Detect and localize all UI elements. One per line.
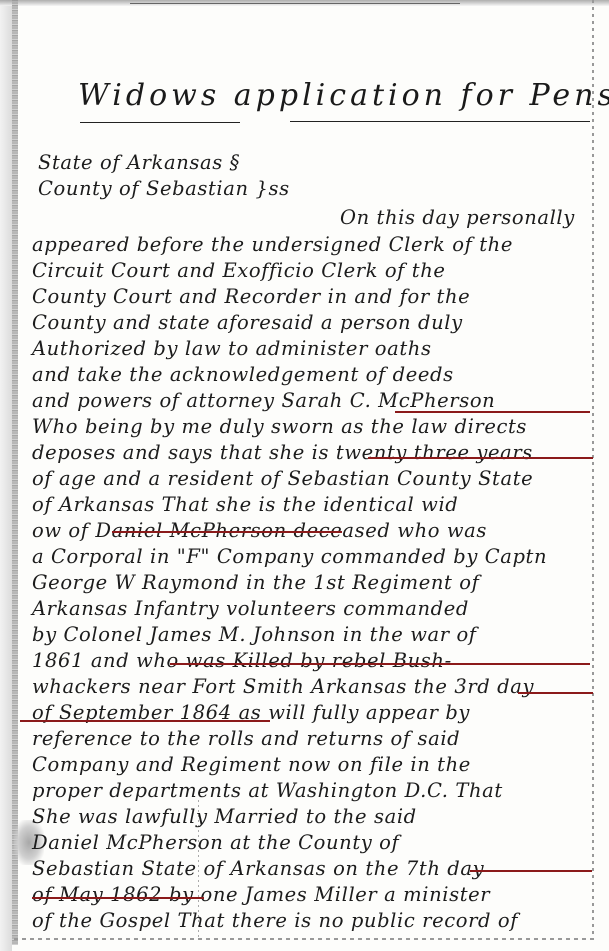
body-line: of May 1862 by one James Miller a minist… <box>32 882 592 908</box>
header-county: County of Sebastian }ss <box>38 176 598 202</box>
page-bottom-edge <box>14 938 594 940</box>
highlight-underline-deceased-name <box>112 531 342 533</box>
highlight-underline-marriage-date <box>32 897 204 899</box>
document-page: Widows application for Pension State of … <box>0 0 609 951</box>
body-line: Who being by me duly sworn as the law di… <box>32 414 592 440</box>
body-line: of Arkansas That she is the identical wi… <box>32 492 592 518</box>
body-line: On this day personally <box>340 205 590 231</box>
body-line: a Corporal in "F" Company commanded by C… <box>32 544 592 570</box>
body-line: 1861 and who was Killed by rebel Bush- <box>32 648 592 674</box>
body-line: of age and a resident of Sebastian Count… <box>32 466 592 492</box>
body-line: of the Gospel That there is no public re… <box>32 908 592 934</box>
scan-edge-shadow <box>0 0 12 951</box>
highlight-underline-death-day <box>518 692 593 694</box>
highlight-underline-cause-of-death <box>170 663 590 665</box>
body-line: Sebastian State of Arkansas on the 7th d… <box>32 856 592 882</box>
page-right-edge <box>592 0 594 940</box>
highlight-underline-widow-name <box>395 411 590 413</box>
body-line: She was lawfully Married to the said <box>32 804 592 830</box>
body-line: of September 1864 as will fully appear b… <box>32 700 592 726</box>
body-line: reference to the rolls and returns of sa… <box>32 726 592 752</box>
body-line: Authorized by law to administer oaths <box>32 336 592 362</box>
highlight-underline-marriage-day <box>470 870 592 872</box>
body-line: County Court and Recorder in and for the <box>32 284 592 310</box>
body-line: County and state aforesaid a person duly <box>32 310 592 336</box>
body-line: and take the acknowledgement of deeds <box>32 362 592 388</box>
body-line: proper departments at Washington D.C. Th… <box>32 778 592 804</box>
body-line: by Colonel James M. Johnson in the war o… <box>32 622 592 648</box>
body-line: deposes and says that she is twenty thre… <box>32 440 592 466</box>
body-line: Circuit Court and Exofficio Clerk of the <box>32 258 592 284</box>
body-line: appeared before the undersigned Clerk of… <box>32 232 592 258</box>
title-underline <box>80 122 240 123</box>
scan-left-edge <box>12 0 18 945</box>
body-line: whackers near Fort Smith Arkansas the 3r… <box>32 674 592 700</box>
document-title: Widows application for Pension <box>78 78 598 113</box>
body-line: George W Raymond in the 1st Regiment of <box>32 570 592 596</box>
header-state: State of Arkansas § <box>38 150 598 176</box>
body-line: Daniel McPherson at the County of <box>32 830 592 856</box>
highlight-underline-death-date <box>20 720 270 722</box>
highlight-underline-widow-age <box>368 457 593 459</box>
top-rule-line <box>130 3 460 4</box>
title-underline <box>290 121 590 122</box>
body-line: Company and Regiment now on file in the <box>32 752 592 778</box>
body-line: Arkansas Infantry volunteers commanded <box>32 596 592 622</box>
